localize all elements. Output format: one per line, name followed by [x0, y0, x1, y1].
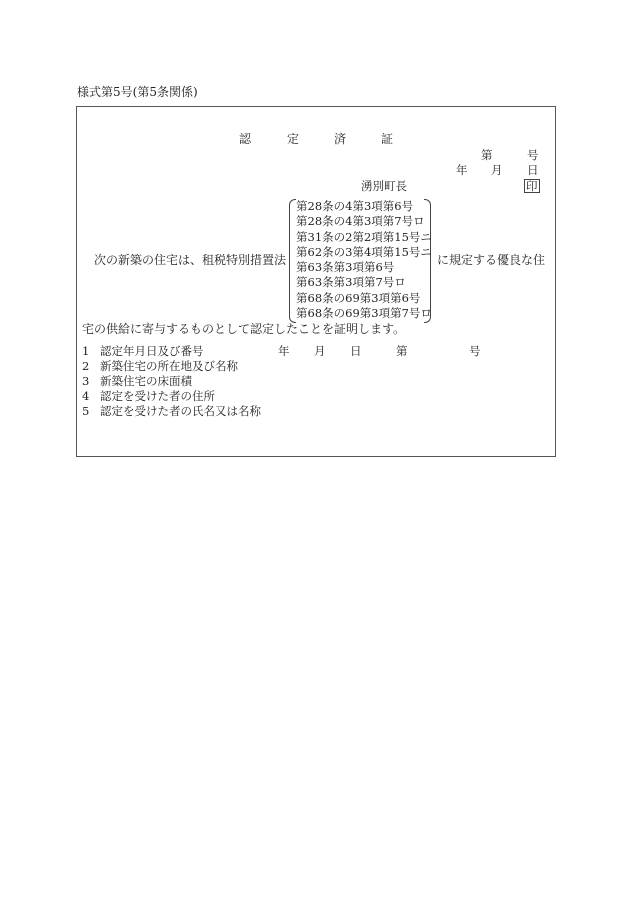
body-intro: 次の新築の住宅は、租税特別措置法 — [94, 253, 286, 267]
certificate-title-char: 定 — [287, 132, 299, 146]
date-month-label: 月 — [491, 163, 503, 177]
item-number: 3 — [82, 374, 89, 388]
form-header: 様式第5号(第5条関係) — [77, 85, 198, 99]
body-after-bracket: に規定する優良な住 — [437, 253, 545, 267]
item-number: 5 — [82, 404, 89, 418]
provisions-list: 第28条の4第3項第6号 第28条の4第3項第7号ロ 第31条の2第2項第15号… — [296, 199, 432, 321]
body-continuation: 宅の供給に寄与するものとして認定したことを証明します。 — [82, 322, 405, 336]
seal-icon: 印 — [524, 179, 540, 193]
item-number: 4 — [82, 389, 89, 403]
item-label: 新築住宅の床面積 — [100, 374, 192, 388]
provision-item: 第28条の4第3項第7号ロ — [296, 214, 432, 229]
item-label: 認定を受けた者の住所 — [100, 389, 215, 403]
left-brace-icon — [289, 199, 296, 323]
provision-item: 第68条の69第3項第6号 — [296, 291, 432, 306]
certificate-title-char: 認 — [239, 132, 251, 146]
number-go-label: 号 — [527, 148, 539, 162]
item-year-label: 年 — [278, 344, 290, 358]
seal-mark: 印 — [524, 179, 540, 193]
item-day-label: 日 — [350, 344, 362, 358]
number-dai-label: 第 — [481, 148, 493, 162]
item-month-label: 月 — [314, 344, 326, 358]
issuer-name: 湧別町長 — [361, 179, 407, 193]
provision-item: 第63条第3項第7号ロ — [296, 275, 432, 290]
certificate-title-char: 証 — [381, 132, 393, 146]
item-number: 2 — [82, 359, 89, 373]
item-label: 認定を受けた者の氏名又は名称 — [100, 404, 261, 418]
item-label: 認定年月日及び番号 — [100, 344, 204, 358]
provision-item: 第31条の2第2項第15号ニ — [296, 230, 432, 245]
provision-item: 第63条第3項第6号 — [296, 260, 432, 275]
provision-item: 第62条の3第4項第15号ニ — [296, 245, 432, 260]
date-day-label: 日 — [527, 163, 539, 177]
date-year-label: 年 — [456, 163, 468, 177]
item-label: 新築住宅の所在地及び名称 — [100, 359, 238, 373]
provision-item: 第68条の69第3項第7号ロ — [296, 306, 432, 321]
item-dai-label: 第 — [396, 344, 408, 358]
certificate-title-char: 済 — [334, 132, 346, 146]
item-number: 1 — [82, 344, 89, 358]
item-go-label: 号 — [469, 344, 481, 358]
provision-item: 第28条の4第3項第6号 — [296, 199, 432, 214]
